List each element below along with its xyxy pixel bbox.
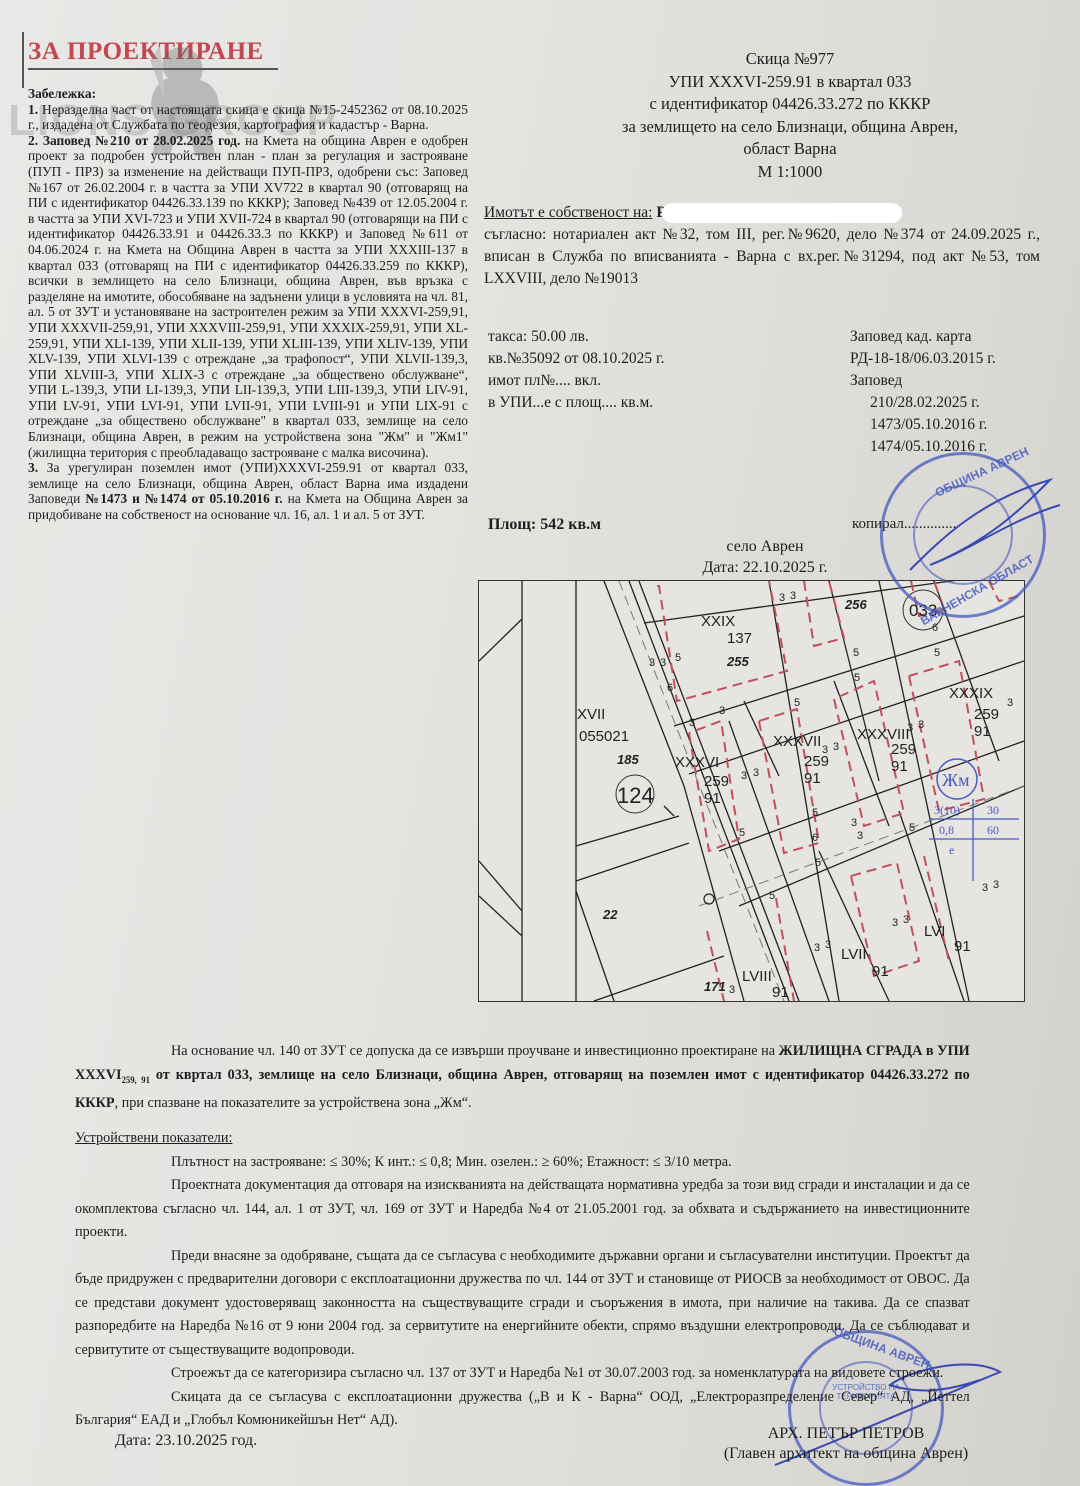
map-label-255: 255 (726, 654, 749, 669)
map-label-91-a: 91 (704, 790, 721, 807)
map-label-259-c: 259 (891, 741, 916, 758)
map-label-lvi: LVI (924, 923, 945, 940)
notes-heading: Забележка: (28, 86, 468, 102)
fees-block: такса: 50.00 лв. кв.№35092 от 08.10.2025… (488, 326, 664, 414)
map-label-256: 256 (844, 597, 867, 612)
document-page: ЗА ПРОЕКТИРАНЕ LIONS GROUP Забележка: 1.… (0, 0, 1080, 1486)
map-label-91-b: 91 (804, 770, 821, 787)
plot-area: Площ: 542 кв.м (488, 516, 601, 534)
dim-3: 3 (833, 741, 839, 753)
map-drawing: XXIX 137 255 256 033 XVII 055021 185 124… (479, 581, 1024, 1001)
order-210: 210/28.02.2025 г. (850, 392, 996, 414)
dim-5: 5 (909, 822, 915, 834)
dim-3: 3 (814, 942, 820, 954)
note-1: 1. Неразделна част от настоящата скица е… (28, 102, 468, 133)
map-label-xxxvi: XXXVI (675, 754, 719, 771)
dim-5: 5 (934, 647, 940, 659)
dim-6: 6 (667, 682, 673, 694)
map-label-91-f: 91 (872, 963, 889, 980)
dim-3: 3 (741, 770, 747, 782)
dim-3: 3 (1007, 697, 1013, 709)
order-cadastral-label: Заповед кад. карта (850, 326, 996, 348)
notes-section: Забележка: 1. Неразделна част от настоящ… (28, 86, 468, 523)
map-label-124: 124 (617, 783, 654, 808)
dim-3: 3 (660, 657, 666, 669)
fee-property: имот пл№.... вкл. (488, 370, 664, 392)
map-label-91-e: 91 (954, 938, 971, 955)
dim-5: 5 (769, 890, 775, 902)
sketch-number: Скица №977 (600, 48, 980, 71)
dim-6: 6 (932, 622, 938, 634)
dim-3: 3 (918, 719, 924, 731)
orders-block: Заповед кад. карта РД-18-18/06.03.2015 г… (850, 326, 996, 458)
fee-upi-area: в УПИ...е с площ.... кв.м. (488, 392, 664, 414)
fee-amount: такса: 50.00 лв. (488, 326, 664, 348)
signer-name: АРХ. ПЕТЪР ПЕТРОВ (686, 1424, 1006, 1444)
sketch-scale: М 1:1000 (600, 161, 980, 184)
note-2: 2. Заповед №210 от 28.02.2025 год. на Км… (28, 133, 468, 460)
indicators-values: Плътност на застрояване: ≤ 30%; К инт.: … (75, 1151, 970, 1175)
sketch-upi: УПИ XXXVI-259.91 в квартал 033 (600, 71, 980, 94)
map-label-xxxix: XXXIX (949, 685, 993, 702)
main-text: На основание чл. 140 от ЗУТ се допуска д… (75, 1040, 970, 1433)
map-label-xxxvii: XXXVII (773, 733, 821, 750)
map-zone-height: 3(10) (934, 803, 960, 817)
dim-3: 3 (719, 705, 725, 717)
owner-details: съгласно: нотариален акт №32, том III, р… (484, 226, 1040, 287)
map-label-259-d: 259 (974, 706, 999, 723)
map-label-22: 22 (602, 907, 618, 922)
map-label-185: 185 (617, 752, 639, 767)
indicators-title: Устройствени показатели: (75, 1127, 970, 1151)
dim-3: 3 (857, 830, 863, 842)
order-cadastral-number: РД-18-18/06.03.2015 г. (850, 348, 996, 370)
map-label-lviii: LVIII (742, 968, 772, 985)
dim-3: 3 (903, 914, 909, 926)
signature-top (900, 470, 1070, 580)
dim-3: 3 (907, 722, 913, 734)
stamp-bracket (22, 32, 24, 88)
dim-3: 3 (982, 882, 988, 894)
owner-label: Имотът е собственост на: (484, 204, 652, 221)
map-label-137: 137 (727, 630, 752, 647)
map-label-xxix: XXIX (701, 613, 735, 630)
map-zone-label: Жм (942, 770, 970, 790)
cadastral-map: XXIX 137 255 256 033 XVII 055021 185 124… (478, 580, 1025, 1002)
map-label-91-g: 91 (772, 984, 789, 1001)
dim-3: 3 (649, 657, 655, 669)
dim-5: 5 (853, 647, 859, 659)
map-label-xvii: XVII (577, 706, 605, 723)
owner-section: Имотът е собственост на: Р съгласно: нот… (484, 202, 1040, 290)
note-3: 3. За урегулиран поземлен имот (УПИ)XXXV… (28, 460, 468, 522)
sketch-identifier: с идентификатор 04426.33.272 по КККР (600, 93, 980, 116)
dim-3: 3 (790, 590, 796, 602)
dim-3: 3 (753, 767, 759, 779)
signer-role: (Главен архитект на община Аврен) (686, 1444, 1006, 1464)
sketch-region: област Варна (600, 138, 980, 161)
map-label-91-c: 91 (891, 758, 908, 775)
sketch-header: Скица №977 УПИ XXXVI-259.91 в квартал 03… (600, 48, 980, 183)
map-zone-kint: 0,8 (939, 823, 954, 837)
permit-paragraph: На основание чл. 140 от ЗУТ се допуска д… (75, 1040, 970, 1115)
issue-date: Дата: 23.10.2025 год. (115, 1432, 257, 1450)
order-label: Заповед (850, 370, 996, 392)
dim-3: 3 (779, 592, 785, 604)
dim-3: 3 (993, 879, 999, 891)
map-label-055021: 055021 (579, 728, 629, 745)
map-zone-green: 60 (987, 823, 999, 837)
dim-3: 3 (689, 717, 695, 729)
dim-5: 5 (854, 672, 860, 684)
map-label-259-a: 259 (704, 773, 729, 790)
dim-3: 3 (822, 744, 828, 756)
approval-paragraph: Преди внасяне за одобряване, същата да с… (75, 1245, 970, 1363)
sketch-land: за землището на село Близнаци, община Ав… (600, 116, 980, 139)
signature-block: АРХ. ПЕТЪР ПЕТРОВ (Главен архитект на об… (686, 1424, 1006, 1464)
fee-receipt: кв.№35092 от 08.10.2025 г. (488, 348, 664, 370)
map-zone-mode: е (949, 843, 954, 857)
owner-name-redaction (662, 203, 902, 223)
dim-5: 5 (812, 807, 818, 819)
dim-3: 3 (729, 984, 735, 996)
docs-paragraph: Проектната документация да отговаря на и… (75, 1174, 970, 1245)
dim-5: 5 (675, 652, 681, 664)
map-zone-density: 30 (987, 803, 999, 817)
dim-5: 5 (739, 827, 745, 839)
category-paragraph: Строежът да се категоризира съгласно чл.… (75, 1362, 970, 1386)
dim-6: 6 (812, 832, 818, 844)
dim-3: 3 (851, 817, 857, 829)
map-hydrant-icon (704, 894, 714, 904)
dim-5: 5 (794, 697, 800, 709)
order-1473: 1473/05.10.2016 г. (850, 414, 996, 436)
dim-3: 3 (825, 939, 831, 951)
dim-3: 3 (892, 917, 898, 929)
map-label-lvii: LVII (841, 946, 867, 963)
sketch-date: Дата: 22.10.2025 г. (600, 557, 930, 578)
map-label-91-d: 91 (974, 723, 991, 740)
dim-5: 5 (815, 857, 821, 869)
map-label-171: 171 (704, 979, 726, 994)
